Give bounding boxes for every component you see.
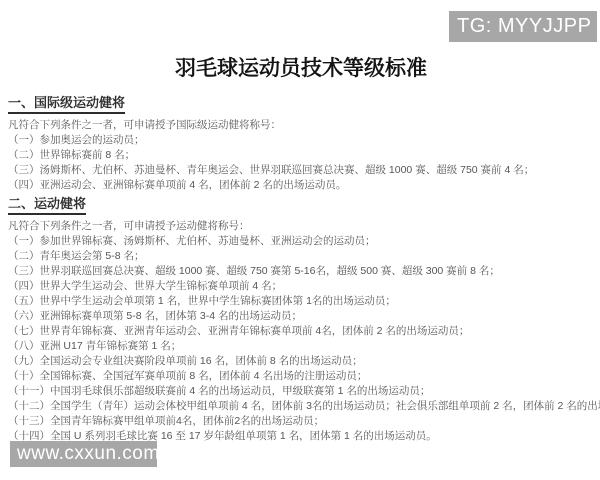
website-watermark-badge: www.cxxun.com bbox=[10, 441, 157, 467]
section-2-item: （十三）全国青年锦标赛甲组单项前4名，团体前2名的出场运动员； bbox=[8, 414, 594, 429]
section-2-item: （二）青年奥运会第 5-8 名； bbox=[8, 249, 594, 264]
section-1-heading-text: 一、国际级运动健将 bbox=[8, 95, 125, 114]
section-2-item: （十二）全国学生（青年）运动会体校甲组单项前 4 名，团体前 3名的出场运动员；… bbox=[8, 399, 594, 414]
section-2-item: （八）亚洲 U17 青年锦标赛第 1 名； bbox=[8, 339, 594, 354]
section-2-item: （五）世界中学生运动会单项第 1 名，世界中学生锦标赛团体第 1名的出场运动员； bbox=[8, 294, 594, 309]
section-1-item: （一）参加奥运会的运动员； bbox=[8, 133, 594, 148]
section-2-item: （七）世界青年锦标赛、亚洲青年运动会、亚洲青年锦标赛单项前 4名，团体前 2 名… bbox=[8, 324, 594, 339]
section-2-heading: 二、运动健将 bbox=[8, 196, 594, 215]
section-1-item: （三）汤姆斯杯、尤伯杯、苏迪曼杯、青年奥运会、世界羽联巡回赛总决赛、超级 100… bbox=[8, 163, 594, 178]
section-1-intro: 凡符合下列条件之一者，可申请授予国际级运动健将称号： bbox=[8, 116, 594, 133]
section-sport-master: 二、运动健将 凡符合下列条件之一者，可申请授予运动健将称号： （一）参加世界锦标… bbox=[8, 196, 594, 444]
section-2-item: （六）亚洲锦标赛单项第 5-8 名，团体第 3-4 名的出场运动员； bbox=[8, 309, 594, 324]
section-2-item: （四）世界大学生运动会、世界大学生锦标赛单项前 4 名； bbox=[8, 279, 594, 294]
section-1-item: （四）亚洲运动会、亚洲锦标赛单项前 4 名，团体前 2 名的出场运动员。 bbox=[8, 178, 594, 193]
section-1-heading: 一、国际级运动健将 bbox=[8, 95, 594, 114]
document-content: 羽毛球运动员技术等级标准 一、国际级运动健将 凡符合下列条件之一者，可申请授予国… bbox=[8, 0, 594, 444]
section-2-item: （三）世界羽联巡回赛总决赛、超级 1000 赛、超级 750 赛第 5-16名，… bbox=[8, 264, 594, 279]
section-2-item: （十一）中国羽毛球俱乐部超级联赛前 4 名的出场运动员，甲级联赛第 1 名的出场… bbox=[8, 384, 594, 399]
section-1-item: （二）世界锦标赛前 8 名； bbox=[8, 148, 594, 163]
section-international-master: 一、国际级运动健将 凡符合下列条件之一者，可申请授予国际级运动健将称号： （一）… bbox=[8, 95, 594, 193]
section-2-item: （一）参加世界锦标赛、汤姆斯杯、尤伯杯、苏迪曼杯、亚洲运动会的运动员； bbox=[8, 234, 594, 249]
section-2-intro: 凡符合下列条件之一者，可申请授予运动健将称号： bbox=[8, 217, 594, 234]
section-2-item: （十）全国锦标赛、全国冠军赛单项前 8 名，团体前 4 名出场的注册运动员； bbox=[8, 369, 594, 384]
document-page: TG: MYYJJPP 羽毛球运动员技术等级标准 一、国际级运动健将 凡符合下列… bbox=[0, 0, 600, 480]
section-2-item: （九）全国运动会专业组决赛阶段单项前 16 名，团体前 8 名的出场运动员； bbox=[8, 354, 594, 369]
section-2-heading-text: 二、运动健将 bbox=[8, 196, 86, 215]
document-title: 羽毛球运动员技术等级标准 bbox=[8, 56, 594, 82]
